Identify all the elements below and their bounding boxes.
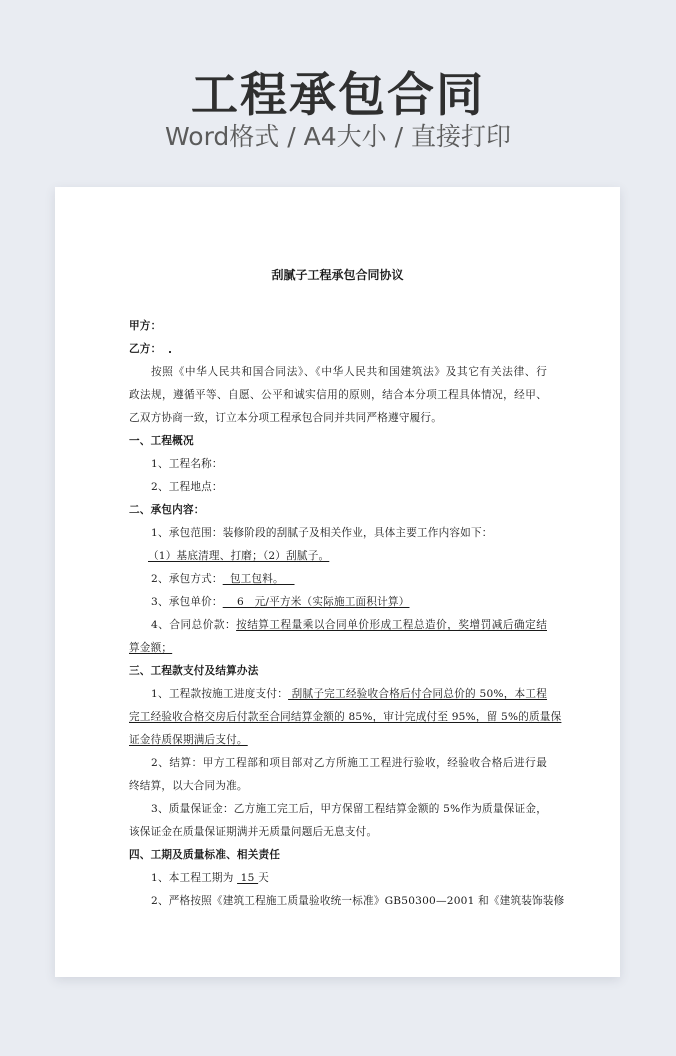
preamble-line-1: 按照《中华人民共和国合同法》、《中华人民共和国建筑法》及其它有关法律、行 bbox=[151, 365, 547, 379]
payment-item: 1、工程款按施工进度支付： 刮腻子完工经验收合格后付合同总价的 50%，本工程 bbox=[151, 687, 547, 701]
total-label: 4、合同总价款： bbox=[151, 619, 236, 631]
cursor-dot bbox=[169, 351, 171, 353]
scope-detail: （1）基底清理、打磨；（2）刮腻子。 bbox=[148, 549, 329, 563]
price-item: 3、承包单价： 6 元/平方米（实际施工面积计算） bbox=[151, 595, 410, 609]
settlement-line-2: 终结算，以大合同为准。 bbox=[129, 779, 248, 793]
settlement-line-1: 2、结算：甲方工程部和项目部对乙方所施工工程进行验收，经验收合格后进行最 bbox=[151, 756, 547, 770]
section-3-heading: 三、工程款支付及结算办法 bbox=[129, 664, 259, 678]
period-label: 1、本工程工期为 bbox=[151, 872, 234, 884]
section-2-heading: 二、承包内容： bbox=[129, 503, 205, 517]
deposit-line-1: 3、质量保证金：乙方施工完工后，甲方保留工程结算金额的 5%作为质量保证金， bbox=[151, 802, 547, 816]
document-page: 刮腻子工程承包合同协议 甲方： 乙方： 按照《中华人民共和国合同法》、《中华人民… bbox=[55, 187, 620, 977]
method-item: 2、承包方式： 包工包料。 bbox=[151, 572, 295, 586]
party-a-text: 甲方： bbox=[129, 320, 161, 332]
period-unit: 天 bbox=[258, 872, 269, 884]
project-name-item: 1、工程名称： bbox=[151, 457, 223, 471]
payment-value-1: 刮腻子完工经验收合格后付合同总价的 50%，本工程 bbox=[288, 688, 547, 700]
hero-subtitle: Word格式 / A4大小 / 直接打印 bbox=[0, 120, 676, 154]
preamble-line-3: 乙双方协商一致，订立本分项工程承包合同并共同严格遵守履行。 bbox=[129, 411, 442, 425]
period-item: 1、本工程工期为 15 天 bbox=[151, 871, 269, 885]
payment-value-3: 证金待质保期满后支付。 bbox=[129, 733, 248, 747]
total-value-1: 按结算工程量乘以合同单价形成工程总造价，奖增罚减后确定结 bbox=[236, 619, 547, 631]
scope-item: 1、承包范围：装修阶段的刮腻子及相关作业，具体主要工作内容如下： bbox=[151, 526, 493, 540]
method-label: 2、承包方式： bbox=[151, 573, 223, 585]
document-title: 刮腻子工程承包合同协议 bbox=[55, 266, 620, 283]
total-value-2: 算金额； bbox=[129, 641, 172, 655]
price-label: 3、承包单价： bbox=[151, 596, 223, 608]
section-1-heading: 一、工程概况 bbox=[129, 434, 194, 448]
period-value: 15 bbox=[237, 872, 258, 884]
project-location-item: 2、工程地点： bbox=[151, 480, 223, 494]
party-b-label: 乙方： bbox=[129, 342, 171, 356]
section-4-heading: 四、工期及质量标准、相关责任 bbox=[129, 848, 280, 862]
payment-label: 1、工程款按施工进度支付： bbox=[151, 688, 288, 700]
payment-value-2: 完工经验收合格交房后付款至合同结算金额的 85%，审计完成付至 95%，留 5%… bbox=[129, 710, 547, 724]
total-item: 4、合同总价款：按结算工程量乘以合同单价形成工程总造价，奖增罚减后确定结 bbox=[151, 618, 547, 632]
hero-title: 工程承包合同 bbox=[0, 68, 676, 124]
price-value: 6 元/平方米（实际施工面积计算） bbox=[223, 596, 410, 608]
deposit-line-2: 该保证金在质量保证期满并无质量问题后无息支付。 bbox=[129, 825, 377, 839]
party-b-text: 乙方： bbox=[129, 343, 161, 355]
standard-line: 2、严格按照《建筑工程施工质量验收统一标准》GB50300—2001 和《建筑装… bbox=[151, 894, 547, 908]
preamble-line-2: 政法规，遵循平等、自愿、公平和诚实信用的原则，结合本分项工程具体情况，经甲、 bbox=[129, 388, 547, 402]
party-a-label: 甲方： bbox=[129, 319, 161, 333]
method-value: 包工包料。 bbox=[223, 573, 295, 585]
